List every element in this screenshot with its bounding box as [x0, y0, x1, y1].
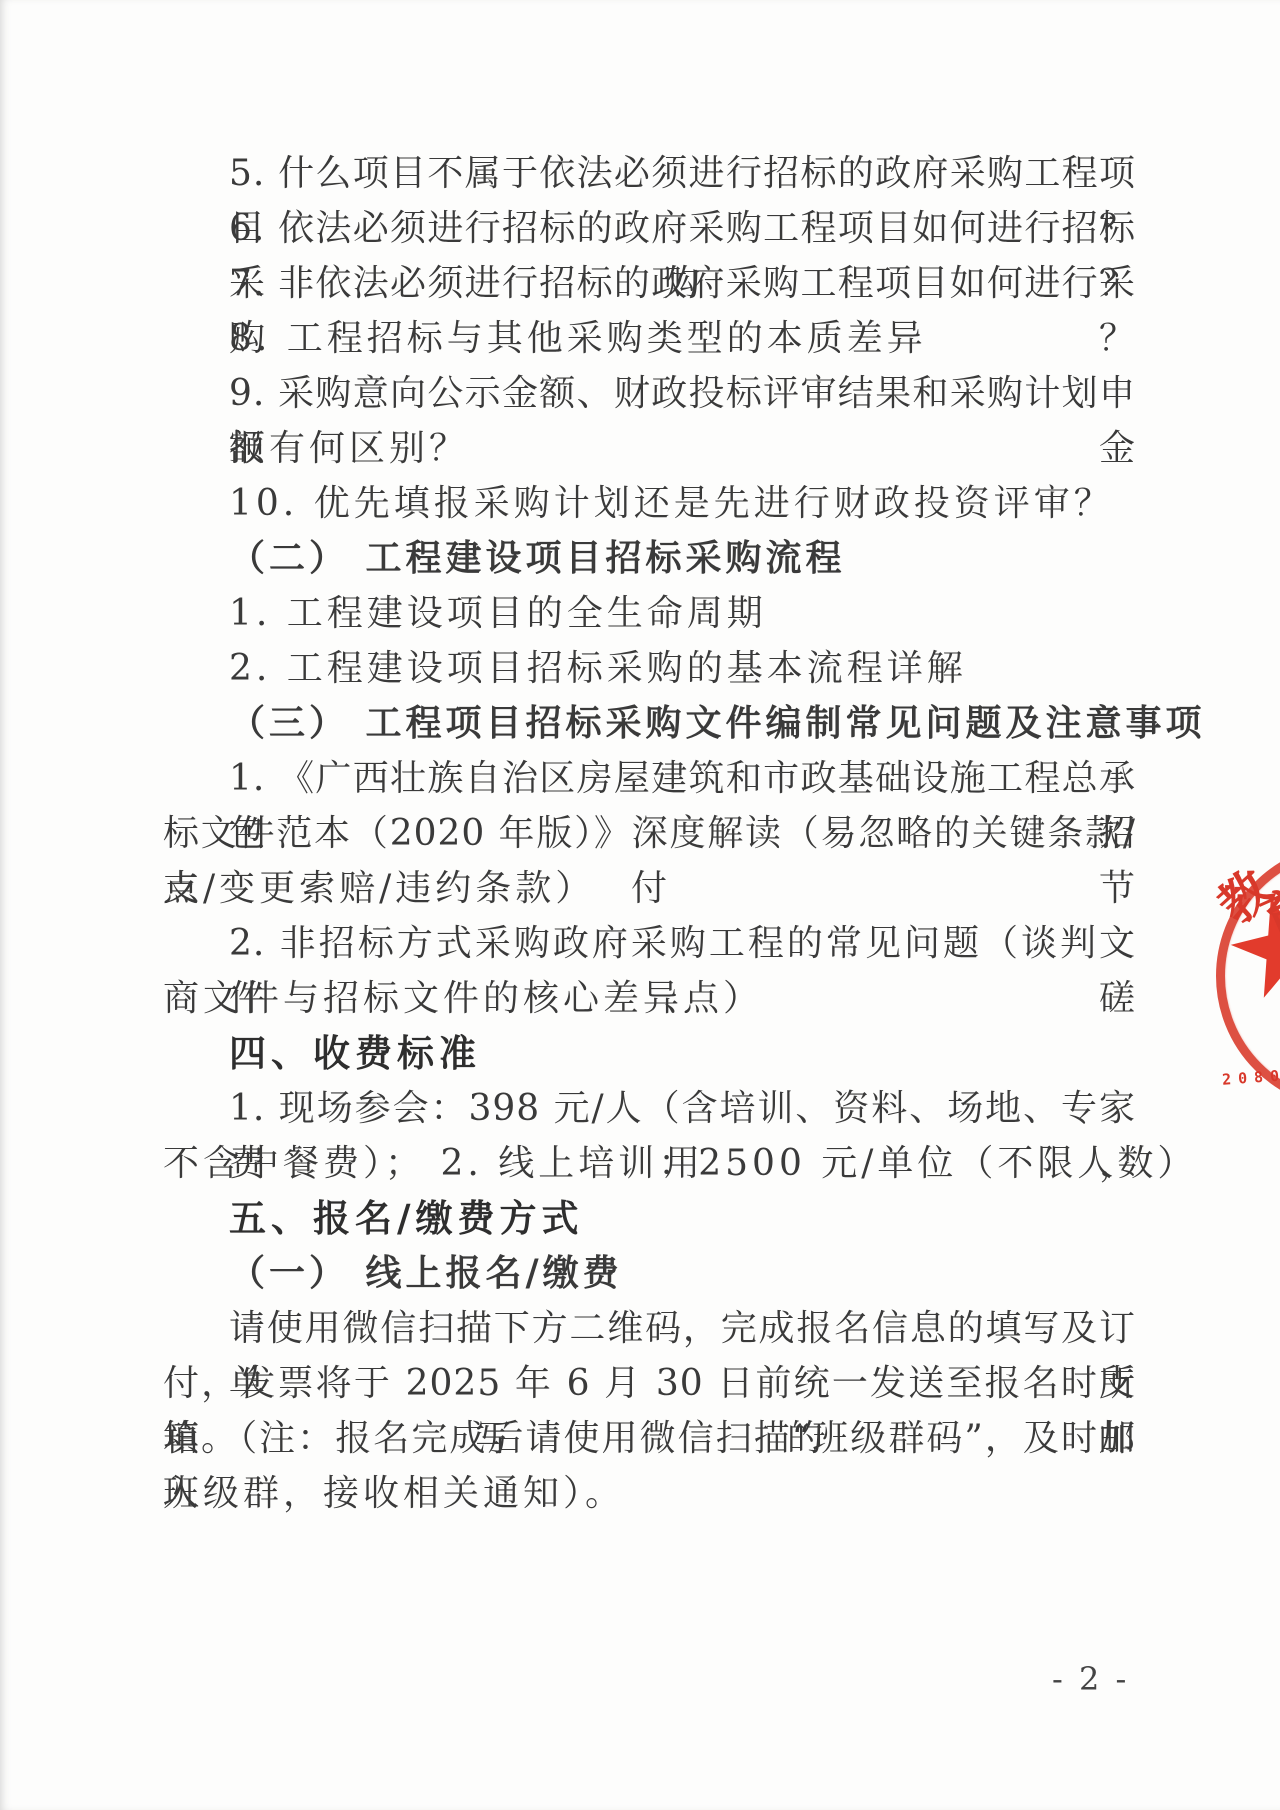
registration-instructions-line1: 请使用微信扫描下方二维码，完成报名信息的填写及订单支: [163, 1301, 1136, 1356]
outline-item-7: 7. 非依法必须进行招标的政府采购工程项目如何进行采购？: [163, 256, 1136, 311]
outline-item-lifecycle: 1. 工程建设项目的全生命周期: [163, 586, 1136, 641]
subsection-heading-3: （三） 工程项目招标采购文件编制常见问题及注意事项: [163, 696, 1136, 751]
document-body: 5. 什么项目不属于依法必须进行招标的政府采购工程项目？ 6. 依法必须进行招标…: [163, 146, 1136, 1521]
outline-item-6: 6. 依法必须进行招标的政府采购工程项目如何进行招标采购？: [163, 201, 1136, 256]
outline-item-9-line1: 9. 采购意向公示金额、财政投标评审结果和采购计划申报金: [163, 366, 1136, 421]
outline-item-5: 5. 什么项目不属于依法必须进行招标的政府采购工程项目？: [163, 146, 1136, 201]
registration-instructions-line2: 付，发票将于 2025 年 6 月 30 日前统一发送至报名时所填写的邮: [163, 1356, 1136, 1411]
seal-serial-number: 20802: [1221, 1065, 1280, 1089]
outline-item-10: 10. 优先填报采购计划还是先进行财政投资评审？: [163, 476, 1136, 531]
registration-instructions-line3: 箱。（注：报名完成后请使用微信扫描“班级群码”，及时加入: [163, 1411, 1136, 1466]
section-heading-fees: 四、收费标准: [163, 1026, 1136, 1081]
fees-detail-line1: 1. 现场参会：398 元/人（含培训、资料、场地、专家费用，: [163, 1081, 1136, 1136]
section-heading-registration: 五、报名/缴费方式: [163, 1191, 1136, 1246]
outline-item-nonbid-line1: 2. 非招标方式采购政府采购工程的常见问题（谈判文件、磋: [163, 916, 1136, 971]
page-number: - 2 -: [1052, 1660, 1129, 1698]
subsection-heading-2: （二） 工程建设项目招标采购流程: [163, 531, 1136, 586]
fees-detail-line2: 不含中餐费）； 2. 线上培训：2500 元/单位（不限人数）: [163, 1136, 1136, 1191]
document-page: 5. 什么项目不属于依法必须进行招标的政府采购工程项目？ 6. 依法必须进行招标…: [0, 0, 1280, 1810]
outline-item-guangxi-line1: 1. 《广西壮族自治区房屋建筑和市政基础设施工程总承包招: [163, 751, 1136, 806]
subsection-heading-online-registration: （一） 线上报名/缴费: [163, 1246, 1136, 1301]
registration-instructions-line4: 班级群，接收相关通知）。: [163, 1466, 1136, 1521]
outline-item-process: 2. 工程建设项目招标采购的基本流程详解: [163, 641, 1136, 696]
outline-item-guangxi-line2: 标文件范本（2020 年版）》深度解读（易忽略的关键条款/支付节: [163, 806, 1136, 861]
